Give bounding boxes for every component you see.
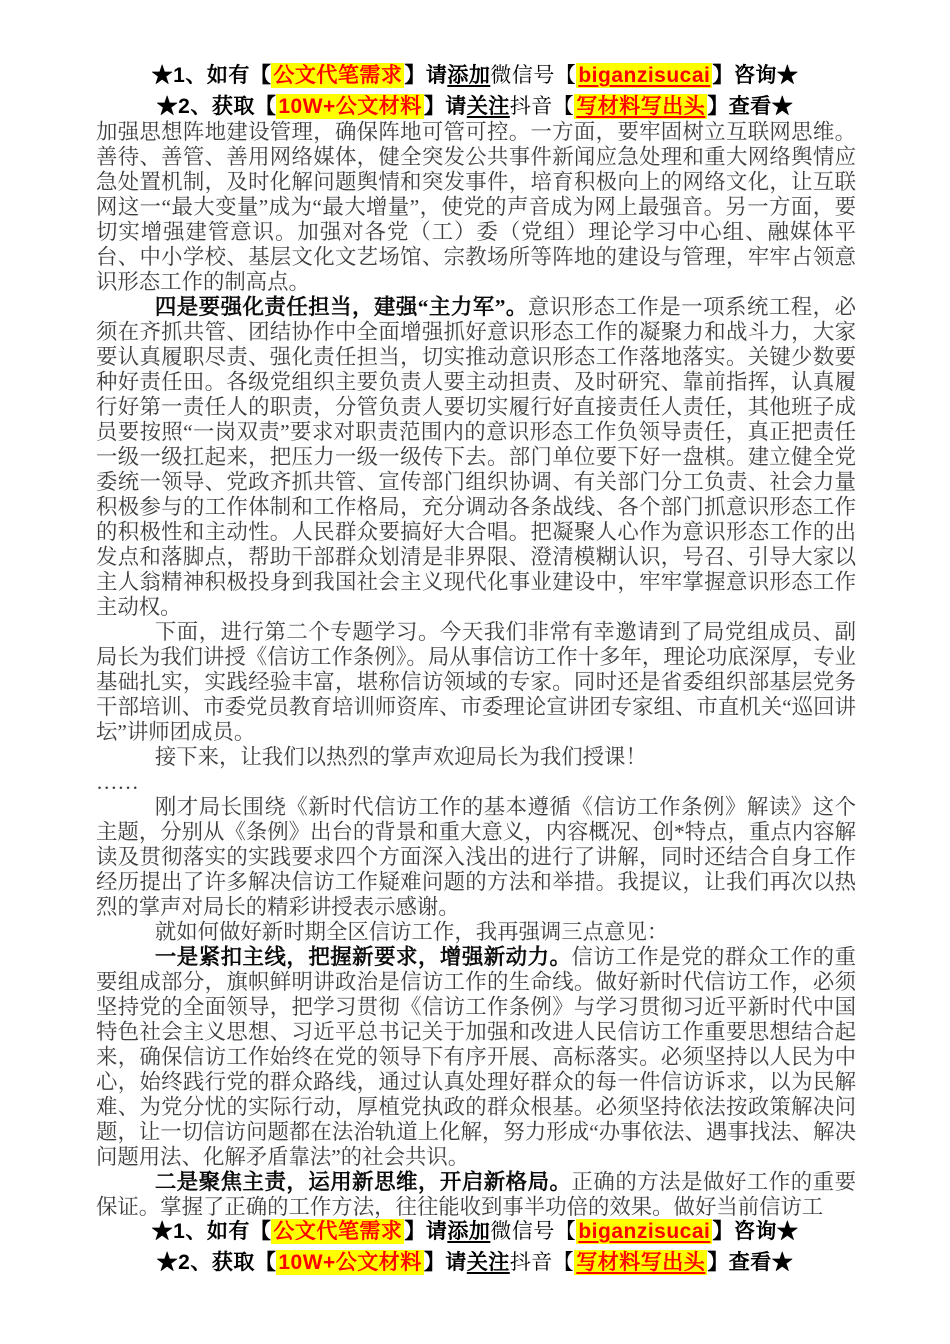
promo1-wechat-id: biganzisucai	[576, 1219, 712, 1244]
promo2-underline-follow: 关注	[467, 1251, 510, 1274]
paragraph-three-opinions: 就如何做好新时期全区信访工作，我再强调三点意见：	[96, 920, 856, 945]
promo2-mid2: 抖音【	[510, 1251, 575, 1274]
paragraph-point-two: 二是聚焦主责，运用新思维，开启新格局。正确的方法是做好工作的重要保证。掌握了正确…	[96, 1170, 856, 1220]
document-body: 加强思想阵地建设管理，确保阵地可管可控。一方面，要牢固树立互联网思维。善待、善管…	[96, 120, 856, 1220]
paragraph-point-one: 一是紧扣主线，把握新要求，增强新动力。信访工作是党的群众工作的重要组成部分，旗帜…	[96, 945, 856, 1170]
paragraph-thanks-summary: 刚才局长围绕《新时代信访工作的基本遵循《信访工作条例》解读》这个主题，分别从《条…	[96, 795, 856, 920]
promo1-suffix: 】咨询★	[712, 1220, 798, 1243]
paragraph-text: 加强思想阵地建设管理，确保阵地可管可控。一方面，要牢固树立互联网思维。善待、善管…	[96, 120, 856, 294]
promo2-douyin-id: 写材料写出头	[574, 1250, 707, 1275]
promo2-suffix: 】查看★	[707, 1251, 793, 1274]
paragraph-ellipsis: ……	[96, 770, 856, 795]
promo1-underline-add: 添加	[447, 64, 490, 87]
promo1-highlight-service: 公文代笔需求	[271, 63, 404, 88]
promo2-mid1: 】请	[424, 1251, 467, 1274]
paragraph-text: 接下来，让我们以热烈的掌声欢迎局长为我们授课！	[155, 745, 647, 769]
promo-banner-bottom: ★1、如有【公文代笔需求】请添加微信号【biganzisucai】咨询★ ★2、…	[0, 1216, 950, 1278]
paragraph-text: 意识形态工作是一项系统工程，必须在齐抓共管、团结协作中全面增强抓好意识形态工作的…	[96, 295, 856, 619]
promo-banner-top: ★1、如有【公文代笔需求】请添加微信号【biganzisucai】咨询★ ★2、…	[0, 60, 950, 122]
promo1-mid1: 】请	[404, 1220, 447, 1243]
paragraph-lead: 一是紧扣主线，把握新要求，增强新动力。	[155, 945, 572, 969]
promo2-suffix: 】查看★	[707, 95, 793, 118]
paragraph-text: 就如何做好新时期全区信访工作，我再强调三点意见：	[155, 920, 668, 944]
promo-line-2: ★2、获取【10W+公文材料】请关注抖音【写材料写出头】查看★	[0, 1247, 950, 1278]
paragraph-applause: 接下来，让我们以热烈的掌声欢迎局长为我们授课！	[96, 745, 856, 770]
paragraph-text: 刚才局长围绕《新时代信访工作的基本遵循《信访工作条例》解读》这个主题，分别从《条…	[96, 795, 856, 919]
promo1-mid1: 】请	[404, 64, 447, 87]
promo2-prefix: ★2、获取【	[157, 1251, 277, 1274]
promo2-highlight-materials: 10W+公文材料	[276, 94, 423, 119]
document-page: ★1、如有【公文代笔需求】请添加微信号【biganzisucai】咨询★ ★2、…	[0, 0, 950, 1344]
promo-line-1: ★1、如有【公文代笔需求】请添加微信号【biganzisucai】咨询★	[0, 60, 950, 91]
promo1-mid2: 微信号【	[490, 1220, 576, 1243]
paragraph-lead: 二是聚焦主责，运用新思维，开启新格局。	[155, 1170, 572, 1194]
promo1-underline-add: 添加	[447, 1220, 490, 1243]
promo2-underline-follow: 关注	[467, 95, 510, 118]
paragraph-text: 下面，进行第二个专题学习。今天我们非常有幸邀请到了局党组成员、副局长为我们讲授《…	[96, 620, 856, 744]
promo1-highlight-service: 公文代笔需求	[271, 1219, 404, 1244]
promo2-prefix: ★2、获取【	[157, 95, 277, 118]
promo1-prefix: ★1、如有【	[152, 1220, 272, 1243]
paragraph-text: ……	[96, 770, 139, 794]
promo-line-2: ★2、获取【10W+公文材料】请关注抖音【写材料写出头】查看★	[0, 91, 950, 122]
promo2-highlight-materials: 10W+公文材料	[276, 1250, 423, 1275]
paragraph-point-four: 四是要强化责任担当，建强“主力军”。意识形态工作是一项系统工程，必须在齐抓共管、…	[96, 295, 856, 620]
paragraph-introduce-lecturer: 下面，进行第二个专题学习。今天我们非常有幸邀请到了局党组成员、副局长为我们讲授《…	[96, 620, 856, 745]
promo2-mid1: 】请	[424, 95, 467, 118]
promo1-mid2: 微信号【	[490, 64, 576, 87]
promo-line-1: ★1、如有【公文代笔需求】请添加微信号【biganzisucai】咨询★	[0, 1216, 950, 1247]
promo2-douyin-id: 写材料写出头	[574, 94, 707, 119]
promo1-wechat-id: biganzisucai	[576, 63, 712, 88]
paragraph-text: 信访工作是党的群众工作的重要组成部分，旗帜鲜明讲政治是信访工作的生命线。做好新时…	[96, 945, 856, 1169]
paragraph-lead: 四是要强化责任担当，建强“主力军”。	[155, 295, 528, 319]
paragraph-continuation: 加强思想阵地建设管理，确保阵地可管可控。一方面，要牢固树立互联网思维。善待、善管…	[96, 120, 856, 295]
promo2-mid2: 抖音【	[510, 95, 575, 118]
promo1-prefix: ★1、如有【	[152, 64, 272, 87]
promo1-suffix: 】咨询★	[712, 64, 798, 87]
